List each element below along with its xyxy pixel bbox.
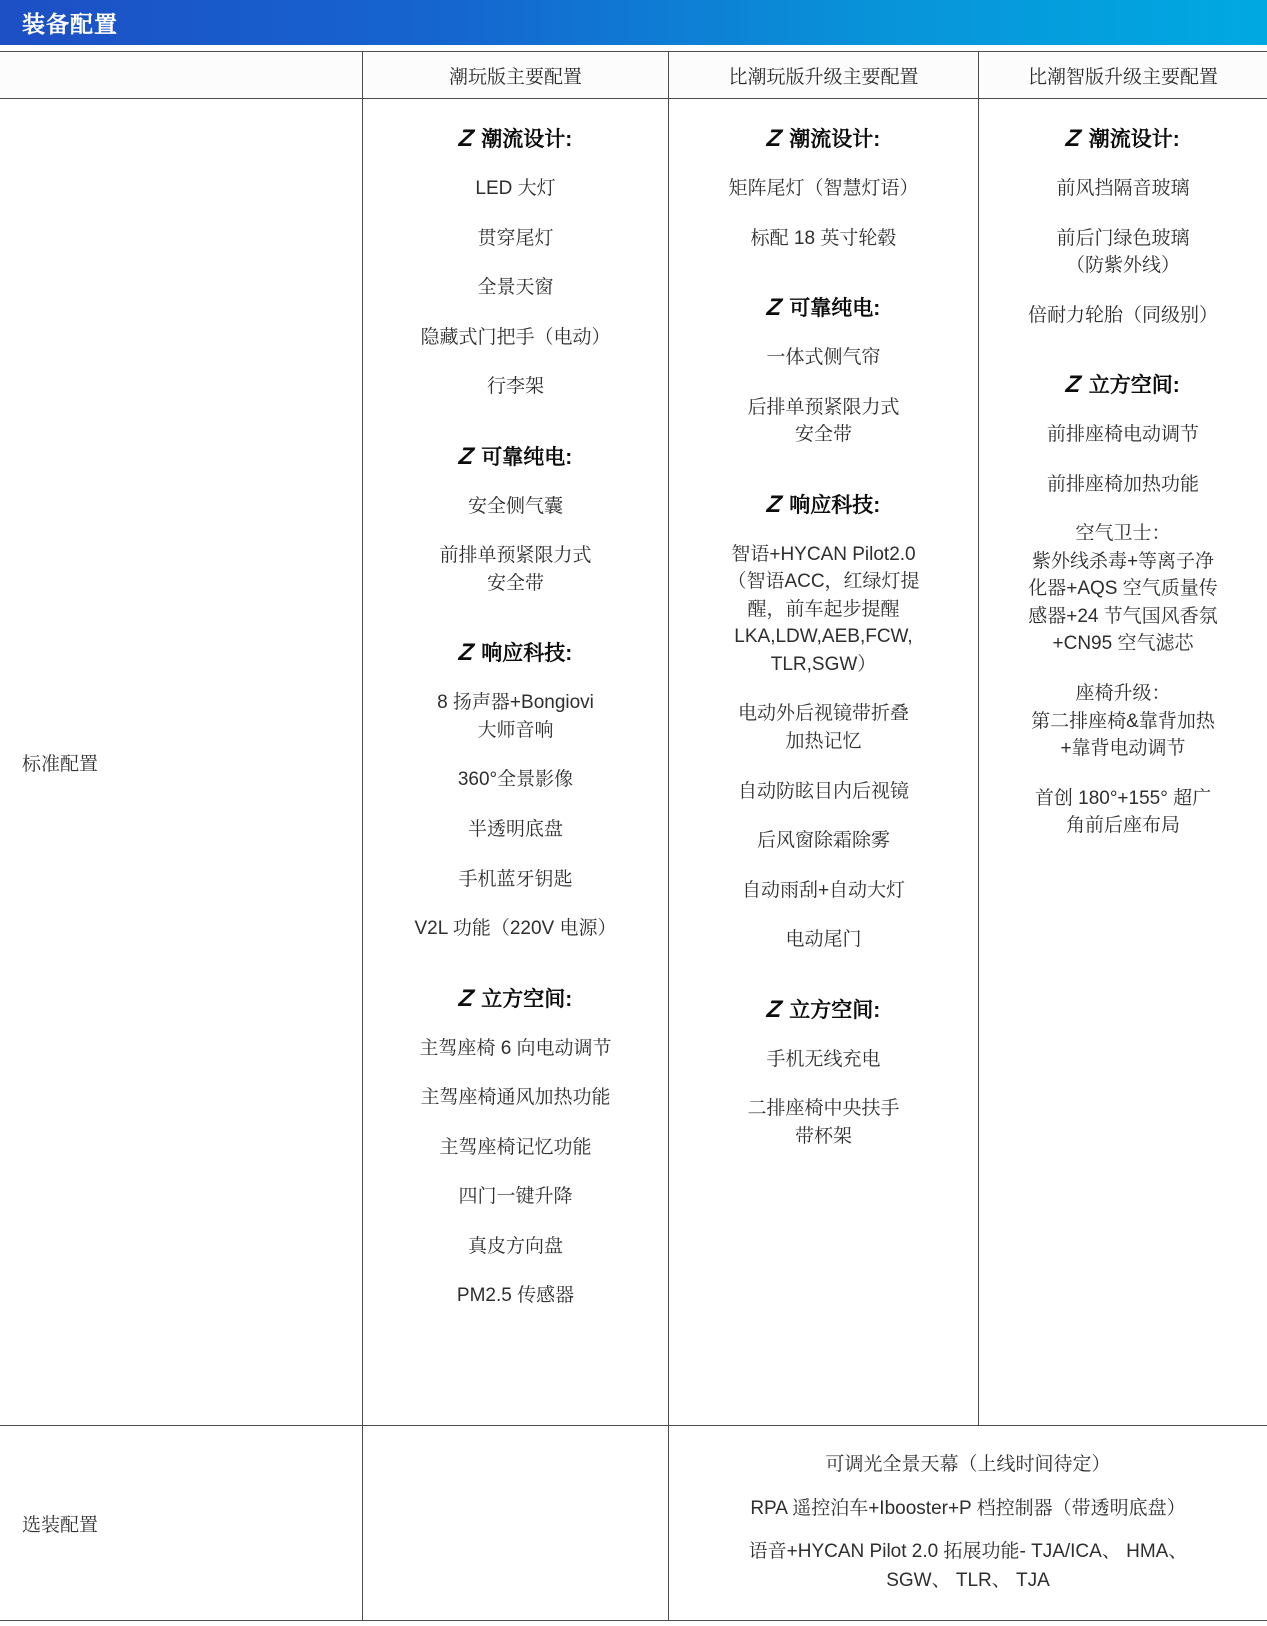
config-section: Z 立方空间:主驾座椅 6 向电动调节主驾座椅通风加热功能主驾座椅记忆功能四门一… xyxy=(371,983,660,1310)
standard-trend-play-cell: Z 潮流设计:LED 大灯贯穿尾灯全景天窗隐藏式门把手（电动）行李架Z 可靠纯电… xyxy=(363,99,669,1425)
config-item: 贯穿尾灯 xyxy=(371,225,660,253)
config-item: 首创 180°+155° 超广 角前后座布局 xyxy=(987,785,1259,840)
config-item: 主驾座椅记忆功能 xyxy=(371,1134,660,1162)
section-header: Z 立方空间: xyxy=(371,983,660,1013)
z-brand-mark: Z xyxy=(765,125,783,153)
config-item: 半透明底盘 xyxy=(371,816,660,844)
z-brand-mark: Z xyxy=(457,443,475,471)
config-item: 电动外后视镜带折叠 加热记忆 xyxy=(677,700,970,755)
config-item: 主驾座椅 6 向电动调节 xyxy=(371,1035,660,1063)
config-item: 自动防眩目内后视镜 xyxy=(677,778,970,806)
config-section: Z 潮流设计:矩阵尾灯（智慧灯语）标配 18 英寸轮毂 xyxy=(677,123,970,252)
config-section: Z 可靠纯电:一体式侧气帘后排单预紧限力式 安全带 xyxy=(677,292,970,449)
standard-upgrade-over-trend-smart-cell: Z 潮流设计:前风挡隔音玻璃前后门绿色玻璃 （防紫外线）倍耐力轮胎（同级别）Z … xyxy=(979,99,1267,1425)
z-brand-mark: Z xyxy=(457,985,475,1013)
config-item: 语音+HYCAN Pilot 2.0 拓展功能- TJA/ICA、 HMA、 S… xyxy=(675,1537,1261,1596)
equipment-config-title-bar: 装备配置 xyxy=(0,0,1267,45)
config-item: 后风窗除霜除雾 xyxy=(677,827,970,855)
config-section: Z 潮流设计:LED 大灯贯穿尾灯全景天窗隐藏式门把手（电动）行李架 xyxy=(371,123,660,401)
z-brand-mark: Z xyxy=(457,125,475,153)
section-header: Z 立方空间: xyxy=(677,994,970,1024)
section-header: Z 潮流设计: xyxy=(987,123,1259,153)
config-item: 空气卫士： 紫外线杀毒+等离子净 化器+AQS 空气质量传 感器+24 节气国风… xyxy=(987,520,1259,658)
header-trend-play: 潮玩版主要配置 xyxy=(363,52,669,98)
config-item: 安全侧气囊 xyxy=(371,493,660,521)
config-section: Z 可靠纯电:安全侧气囊前排单预紧限力式 安全带 xyxy=(371,441,660,598)
table-header-row: 潮玩版主要配置 比潮玩版升级主要配置 比潮智版升级主要配置 xyxy=(0,51,1267,99)
section-header: Z 可靠纯电: xyxy=(371,441,660,471)
config-item: 前排单预紧限力式 安全带 xyxy=(371,542,660,597)
config-item: 360°全景影像 xyxy=(371,766,660,794)
config-section: Z 立方空间:前排座椅电动调节前排座椅加热功能空气卫士： 紫外线杀毒+等离子净 … xyxy=(987,369,1259,840)
config-item: PM2.5 传感器 xyxy=(371,1282,660,1310)
config-item: 标配 18 英寸轮毂 xyxy=(677,225,970,253)
config-item: RPA 遥控泊车+Ibooster+P 档控制器（带透明底盘） xyxy=(675,1494,1261,1523)
config-item: LED 大灯 xyxy=(371,175,660,203)
config-item: 四门一键升降 xyxy=(371,1183,660,1211)
config-item: 手机蓝牙钥匙 xyxy=(371,866,660,894)
section-header: Z 潮流设计: xyxy=(371,123,660,153)
config-section: 可调光全景天幕（上线时间待定）RPA 遥控泊车+Ibooster+P 档控制器（… xyxy=(675,1436,1261,1610)
config-item: 主驾座椅通风加热功能 xyxy=(371,1084,660,1112)
config-section: Z 响应科技:智语+HYCAN Pilot2.0 （智语ACC，红绿灯提 醒，前… xyxy=(677,489,970,954)
config-item: 手机无线充电 xyxy=(677,1046,970,1074)
config-item: 8 扬声器+Bongiovi 大师音响 xyxy=(371,689,660,744)
page-title: 装备配置 xyxy=(22,6,118,39)
z-brand-mark: Z xyxy=(765,491,783,519)
standard-config-row: 标准配置 Z 潮流设计:LED 大灯贯穿尾灯全景天窗隐藏式门把手（电动）行李架Z… xyxy=(0,99,1267,1426)
section-header: Z 潮流设计: xyxy=(677,123,970,153)
z-brand-mark: Z xyxy=(1065,371,1083,399)
config-item: 前后门绿色玻璃 （防紫外线） xyxy=(987,225,1259,280)
standard-config-label-cell: 标准配置 xyxy=(0,99,363,1425)
config-item: 座椅升级： 第二排座椅&靠背加热 +靠背电动调节 xyxy=(987,680,1259,763)
config-item: 行李架 xyxy=(371,373,660,401)
optional-config-label: 选装配置 xyxy=(0,1510,98,1537)
config-item: 前排座椅电动调节 xyxy=(987,421,1259,449)
z-brand-mark: Z xyxy=(765,996,783,1024)
config-section: Z 响应科技:8 扬声器+Bongiovi 大师音响360°全景影像半透明底盘手… xyxy=(371,637,660,942)
config-section: Z 立方空间:手机无线充电二排座椅中央扶手 带杯架 xyxy=(677,994,970,1151)
section-header: Z 响应科技: xyxy=(371,637,660,667)
standard-config-label: 标准配置 xyxy=(0,749,98,776)
config-item: 前风挡隔音玻璃 xyxy=(987,175,1259,203)
config-item: 前排座椅加热功能 xyxy=(987,471,1259,499)
header-upgrade-over-trend-play: 比潮玩版升级主要配置 xyxy=(669,52,979,98)
equipment-config-table: 潮玩版主要配置 比潮玩版升级主要配置 比潮智版升级主要配置 标准配置 Z 潮流设… xyxy=(0,51,1267,1621)
section-header: Z 立方空间: xyxy=(987,369,1259,399)
config-item: 隐藏式门把手（电动） xyxy=(371,324,660,352)
optional-merged-cell: 可调光全景天幕（上线时间待定）RPA 遥控泊车+Ibooster+P 档控制器（… xyxy=(669,1426,1267,1620)
header-upgrade-over-trend-smart: 比潮智版升级主要配置 xyxy=(979,52,1267,98)
config-item: 倍耐力轮胎（同级别） xyxy=(987,302,1259,330)
optional-config-label-cell: 选装配置 xyxy=(0,1426,363,1620)
standard-upgrade-over-trend-play-cell: Z 潮流设计:矩阵尾灯（智慧灯语）标配 18 英寸轮毂Z 可靠纯电:一体式侧气帘… xyxy=(669,99,979,1425)
config-item: 真皮方向盘 xyxy=(371,1233,660,1261)
config-item: 二排座椅中央扶手 带杯架 xyxy=(677,1095,970,1150)
config-item: 自动雨刮+自动大灯 xyxy=(677,877,970,905)
z-brand-mark: Z xyxy=(1065,125,1083,153)
config-item: 一体式侧气帘 xyxy=(677,344,970,372)
config-item: V2L 功能（220V 电源） xyxy=(371,915,660,943)
z-brand-mark: Z xyxy=(765,294,783,322)
config-section: Z 潮流设计:前风挡隔音玻璃前后门绿色玻璃 （防紫外线）倍耐力轮胎（同级别） xyxy=(987,123,1259,329)
config-item: 全景天窗 xyxy=(371,274,660,302)
config-item: 智语+HYCAN Pilot2.0 （智语ACC，红绿灯提 醒，前车起步提醒 L… xyxy=(677,541,970,679)
config-item: 矩阵尾灯（智慧灯语） xyxy=(677,175,970,203)
config-item: 可调光全景天幕（上线时间待定） xyxy=(675,1450,1261,1479)
optional-trend-play-empty-cell xyxy=(363,1426,669,1620)
config-item: 后排单预紧限力式 安全带 xyxy=(677,394,970,449)
z-brand-mark: Z xyxy=(457,639,475,667)
optional-config-row: 选装配置 可调光全景天幕（上线时间待定）RPA 遥控泊车+Ibooster+P … xyxy=(0,1426,1267,1621)
section-header: Z 可靠纯电: xyxy=(677,292,970,322)
header-empty-cell xyxy=(0,52,363,98)
config-item: 电动尾门 xyxy=(677,926,970,954)
section-header: Z 响应科技: xyxy=(677,489,970,519)
